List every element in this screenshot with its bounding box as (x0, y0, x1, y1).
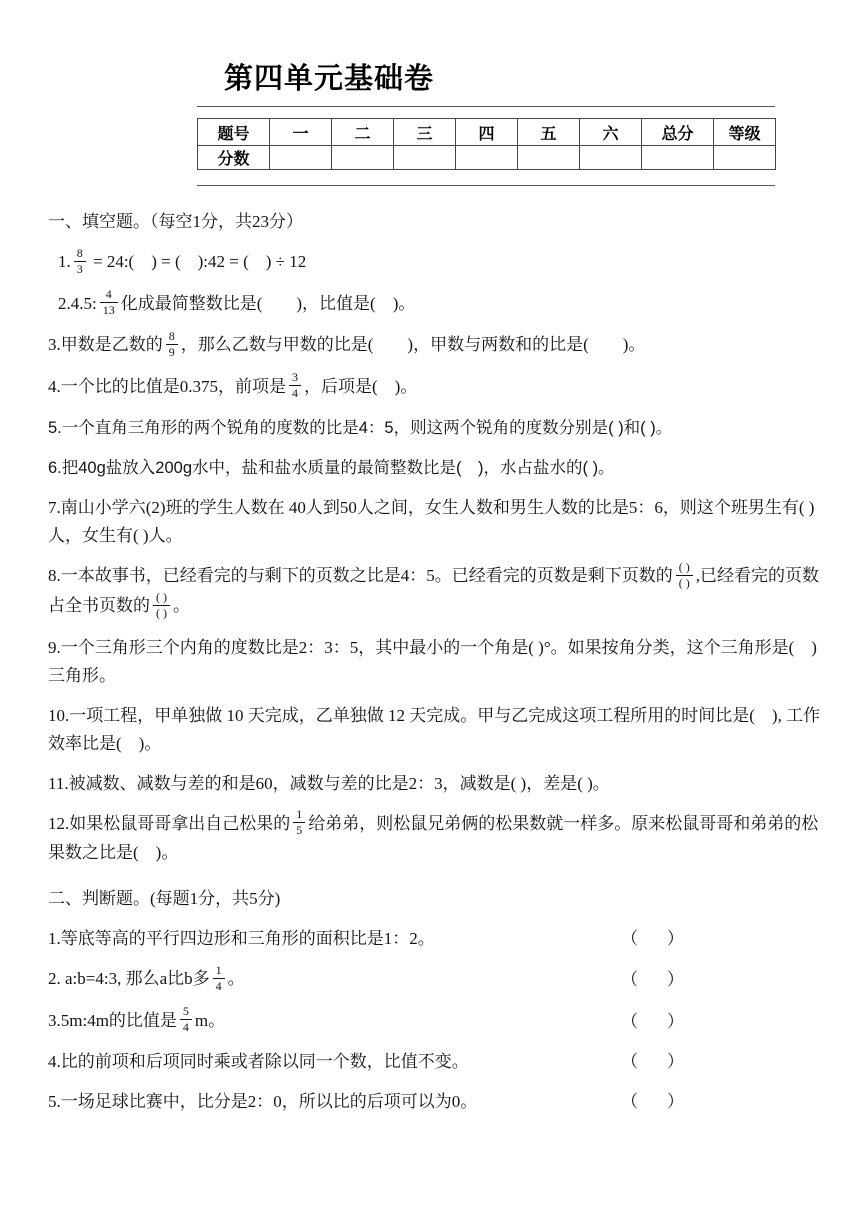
fraction-denominator: 4 (180, 1020, 192, 1034)
score-table-header-cell: 二 (332, 119, 394, 146)
answer-brackets: （ ） (621, 1088, 690, 1116)
fraction-numerator: 1 (293, 808, 305, 823)
question-text: 8.一本故事书，已经看完的与剩下的页数之比是4：5。已经看完的页数是剩下页数的(… (48, 566, 819, 615)
question-text: 10.一项工程，甲单独做 10 天完成，乙单独做 12 天完成。甲与乙完成这项工… (48, 706, 820, 753)
score-table-header-cell: 一 (270, 119, 332, 146)
score-table-header-cell: 三 (394, 119, 456, 146)
score-table-header-cell: 题号 (198, 119, 270, 146)
question-text: 1.等底等高的平行四边形和三角形的面积比是1：2。 (48, 925, 435, 953)
score-cell-empty (270, 146, 332, 170)
questions-area: 一、填空题。（每空1分，共23分）1.83 = 24:( ) = ( ):42 … (0, 190, 860, 1116)
question: 2.4.5:413化成最简整数比是( )，比值是( )。 (58, 290, 826, 320)
question-text: 2.4.5:413化成最简整数比是( )，比值是( )。 (58, 294, 415, 313)
fraction-denominator: 9 (166, 345, 178, 359)
question-text: 11.被减数、减数与差的和是60，减数与差的比是2：3，减数是( )，差是( )… (48, 774, 610, 793)
question: 4.比的前项和后项同时乘或者除以同一个数，比值不变。（ ） (48, 1048, 826, 1076)
page-title: 第四单元基础卷 (224, 56, 434, 97)
question: 7.南山小学六(2)班的学生人数在 40人到50人之间，女生人数和男生人数的比是… (48, 494, 826, 550)
score-table-header-cell: 五 (518, 119, 580, 146)
score-table-header-cell: 等级 (714, 119, 776, 146)
worksheet-page: 第四单元基础卷 题号 一 二 三 四 五 六 总分 等级 分数 (0, 0, 860, 1217)
section-heading: 一、填空题。（每空1分，共23分） (48, 208, 826, 236)
score-cell-empty (642, 146, 714, 170)
fraction-numerator: 8 (74, 247, 86, 262)
score-cell-empty (714, 146, 776, 170)
fraction-numerator: 3 (289, 371, 301, 386)
question-text: 7.南山小学六(2)班的学生人数在 40人到50人之间，女生人数和男生人数的比是… (48, 498, 814, 545)
fraction-denominator: 4 (213, 979, 225, 993)
fraction-denominator: 4 (289, 386, 301, 400)
section-heading: 二、判断题。(每题1分，共5分) (48, 885, 826, 913)
question: 10.一项工程，甲单独做 10 天完成，乙单独做 12 天完成。甲与乙完成这项工… (48, 702, 826, 758)
question-text: 4.一个比的比值是0.375，前项是34，后项是( )。 (48, 377, 417, 396)
table-bottom-rule (197, 185, 775, 186)
question: 5.一个直角三角形的两个锐角的度数的比是4：5，则这两个锐角的度数分别是( )和… (48, 414, 826, 442)
fraction-numerator: 4 (100, 288, 118, 303)
fraction-denominator: 3 (74, 262, 86, 276)
score-table-header-row: 题号 一 二 三 四 五 六 总分 等级 (198, 119, 776, 146)
fraction: 413 (100, 288, 118, 317)
question: 1.83 = 24:( ) = ( ):42 = ( ) ÷ 12 (58, 248, 826, 278)
question-text: 4.比的前项和后项同时乘或者除以同一个数，比值不变。 (48, 1048, 469, 1076)
question: 12.如果松鼠哥哥拿出自己松果的15给弟弟，则松鼠兄弟俩的松果数就一样多。原来松… (48, 810, 826, 868)
question-text: 1.83 = 24:( ) = ( ):42 = ( ) ÷ 12 (58, 252, 306, 271)
answer-brackets: （ ） (621, 1008, 690, 1036)
answer-brackets: （ ） (621, 925, 690, 953)
fraction-numerator: 8 (166, 330, 178, 345)
fraction-numerator: ( ) (153, 591, 170, 606)
question-text: 5.一个直角三角形的两个锐角的度数的比是4：5，则这两个锐角的度数分别是( )和… (48, 419, 672, 437)
fraction-numerator: 1 (213, 964, 225, 979)
fraction-denominator: 13 (100, 303, 118, 317)
fraction: 34 (289, 371, 301, 400)
score-cell-empty (518, 146, 580, 170)
score-table-header-cell: 六 (580, 119, 642, 146)
question: 1.等底等高的平行四边形和三角形的面积比是1：2。（ ） (48, 925, 826, 953)
answer-brackets: （ ） (621, 1048, 690, 1076)
score-table-header-cell: 总分 (642, 119, 714, 146)
fraction-denominator: 5 (293, 823, 305, 837)
fraction-numerator: 5 (180, 1005, 192, 1020)
question: 9.一个三角形三个内角的度数比是2：3：5，其中最小的一个角是( )°。如果按角… (48, 634, 826, 690)
question: 2. a:b=4:3, 那么a比b多14。（ ） (48, 965, 826, 995)
question: 4.一个比的比值是0.375，前项是34，后项是( )。 (48, 373, 826, 403)
question-text: 3.5m:4m的比值是54m。 (48, 1007, 225, 1037)
fraction: 14 (213, 964, 225, 993)
question-text: 2. a:b=4:3, 那么a比b多14。 (48, 965, 245, 995)
question-text: 6.把40g盐放入200g水中，盐和盐水质量的最简整数比是( )，水占盐水的( … (48, 459, 615, 477)
fraction: 15 (293, 808, 305, 837)
score-table: 题号 一 二 三 四 五 六 总分 等级 分数 (197, 118, 776, 170)
table-top-rule (197, 106, 775, 107)
question: 3.5m:4m的比值是54m。（ ） (48, 1007, 826, 1037)
answer-brackets: （ ） (621, 966, 690, 994)
score-table-block: 题号 一 二 三 四 五 六 总分 等级 分数 (197, 106, 775, 186)
fraction-denominator: ( ) (676, 576, 693, 590)
question-text: 5.一场足球比赛中，比分是2：0，所以比的后项可以为0。 (48, 1088, 477, 1116)
fraction: ( )( ) (153, 591, 170, 620)
score-cell-empty (456, 146, 518, 170)
question: 5.一场足球比赛中，比分是2：0，所以比的后项可以为0。（ ） (48, 1088, 826, 1116)
question-text: 9.一个三角形三个内角的度数比是2：3：5，其中最小的一个角是( )°。如果按角… (48, 638, 817, 685)
score-cell-empty (394, 146, 456, 170)
score-table-header-cell: 四 (456, 119, 518, 146)
question: 6.把40g盐放入200g水中，盐和盐水质量的最简整数比是( )，水占盐水的( … (48, 454, 826, 482)
score-row-label: 分数 (198, 146, 270, 170)
question: 8.一本故事书，已经看完的与剩下的页数之比是4：5。已经看完的页数是剩下页数的(… (48, 562, 826, 621)
score-table-score-row: 分数 (198, 146, 776, 170)
question-text: 3.甲数是乙数的89，那么乙数与甲数的比是( )，甲数与两数和的比是( )。 (48, 335, 645, 354)
question: 11.被减数、减数与差的和是60，减数与差的比是2：3，减数是( )，差是( )… (48, 770, 826, 798)
fraction-denominator: ( ) (153, 606, 170, 620)
question-text: 12.如果松鼠哥哥拿出自己松果的15给弟弟，则松鼠兄弟俩的松果数就一样多。原来松… (48, 814, 818, 863)
score-cell-empty (580, 146, 642, 170)
fraction: 54 (180, 1005, 192, 1034)
fraction: 89 (166, 330, 178, 359)
fraction: ( )( ) (676, 561, 693, 590)
fraction-numerator: ( ) (676, 561, 693, 576)
fraction: 83 (74, 247, 86, 276)
score-cell-empty (332, 146, 394, 170)
question: 3.甲数是乙数的89，那么乙数与甲数的比是( )，甲数与两数和的比是( )。 (48, 331, 826, 361)
